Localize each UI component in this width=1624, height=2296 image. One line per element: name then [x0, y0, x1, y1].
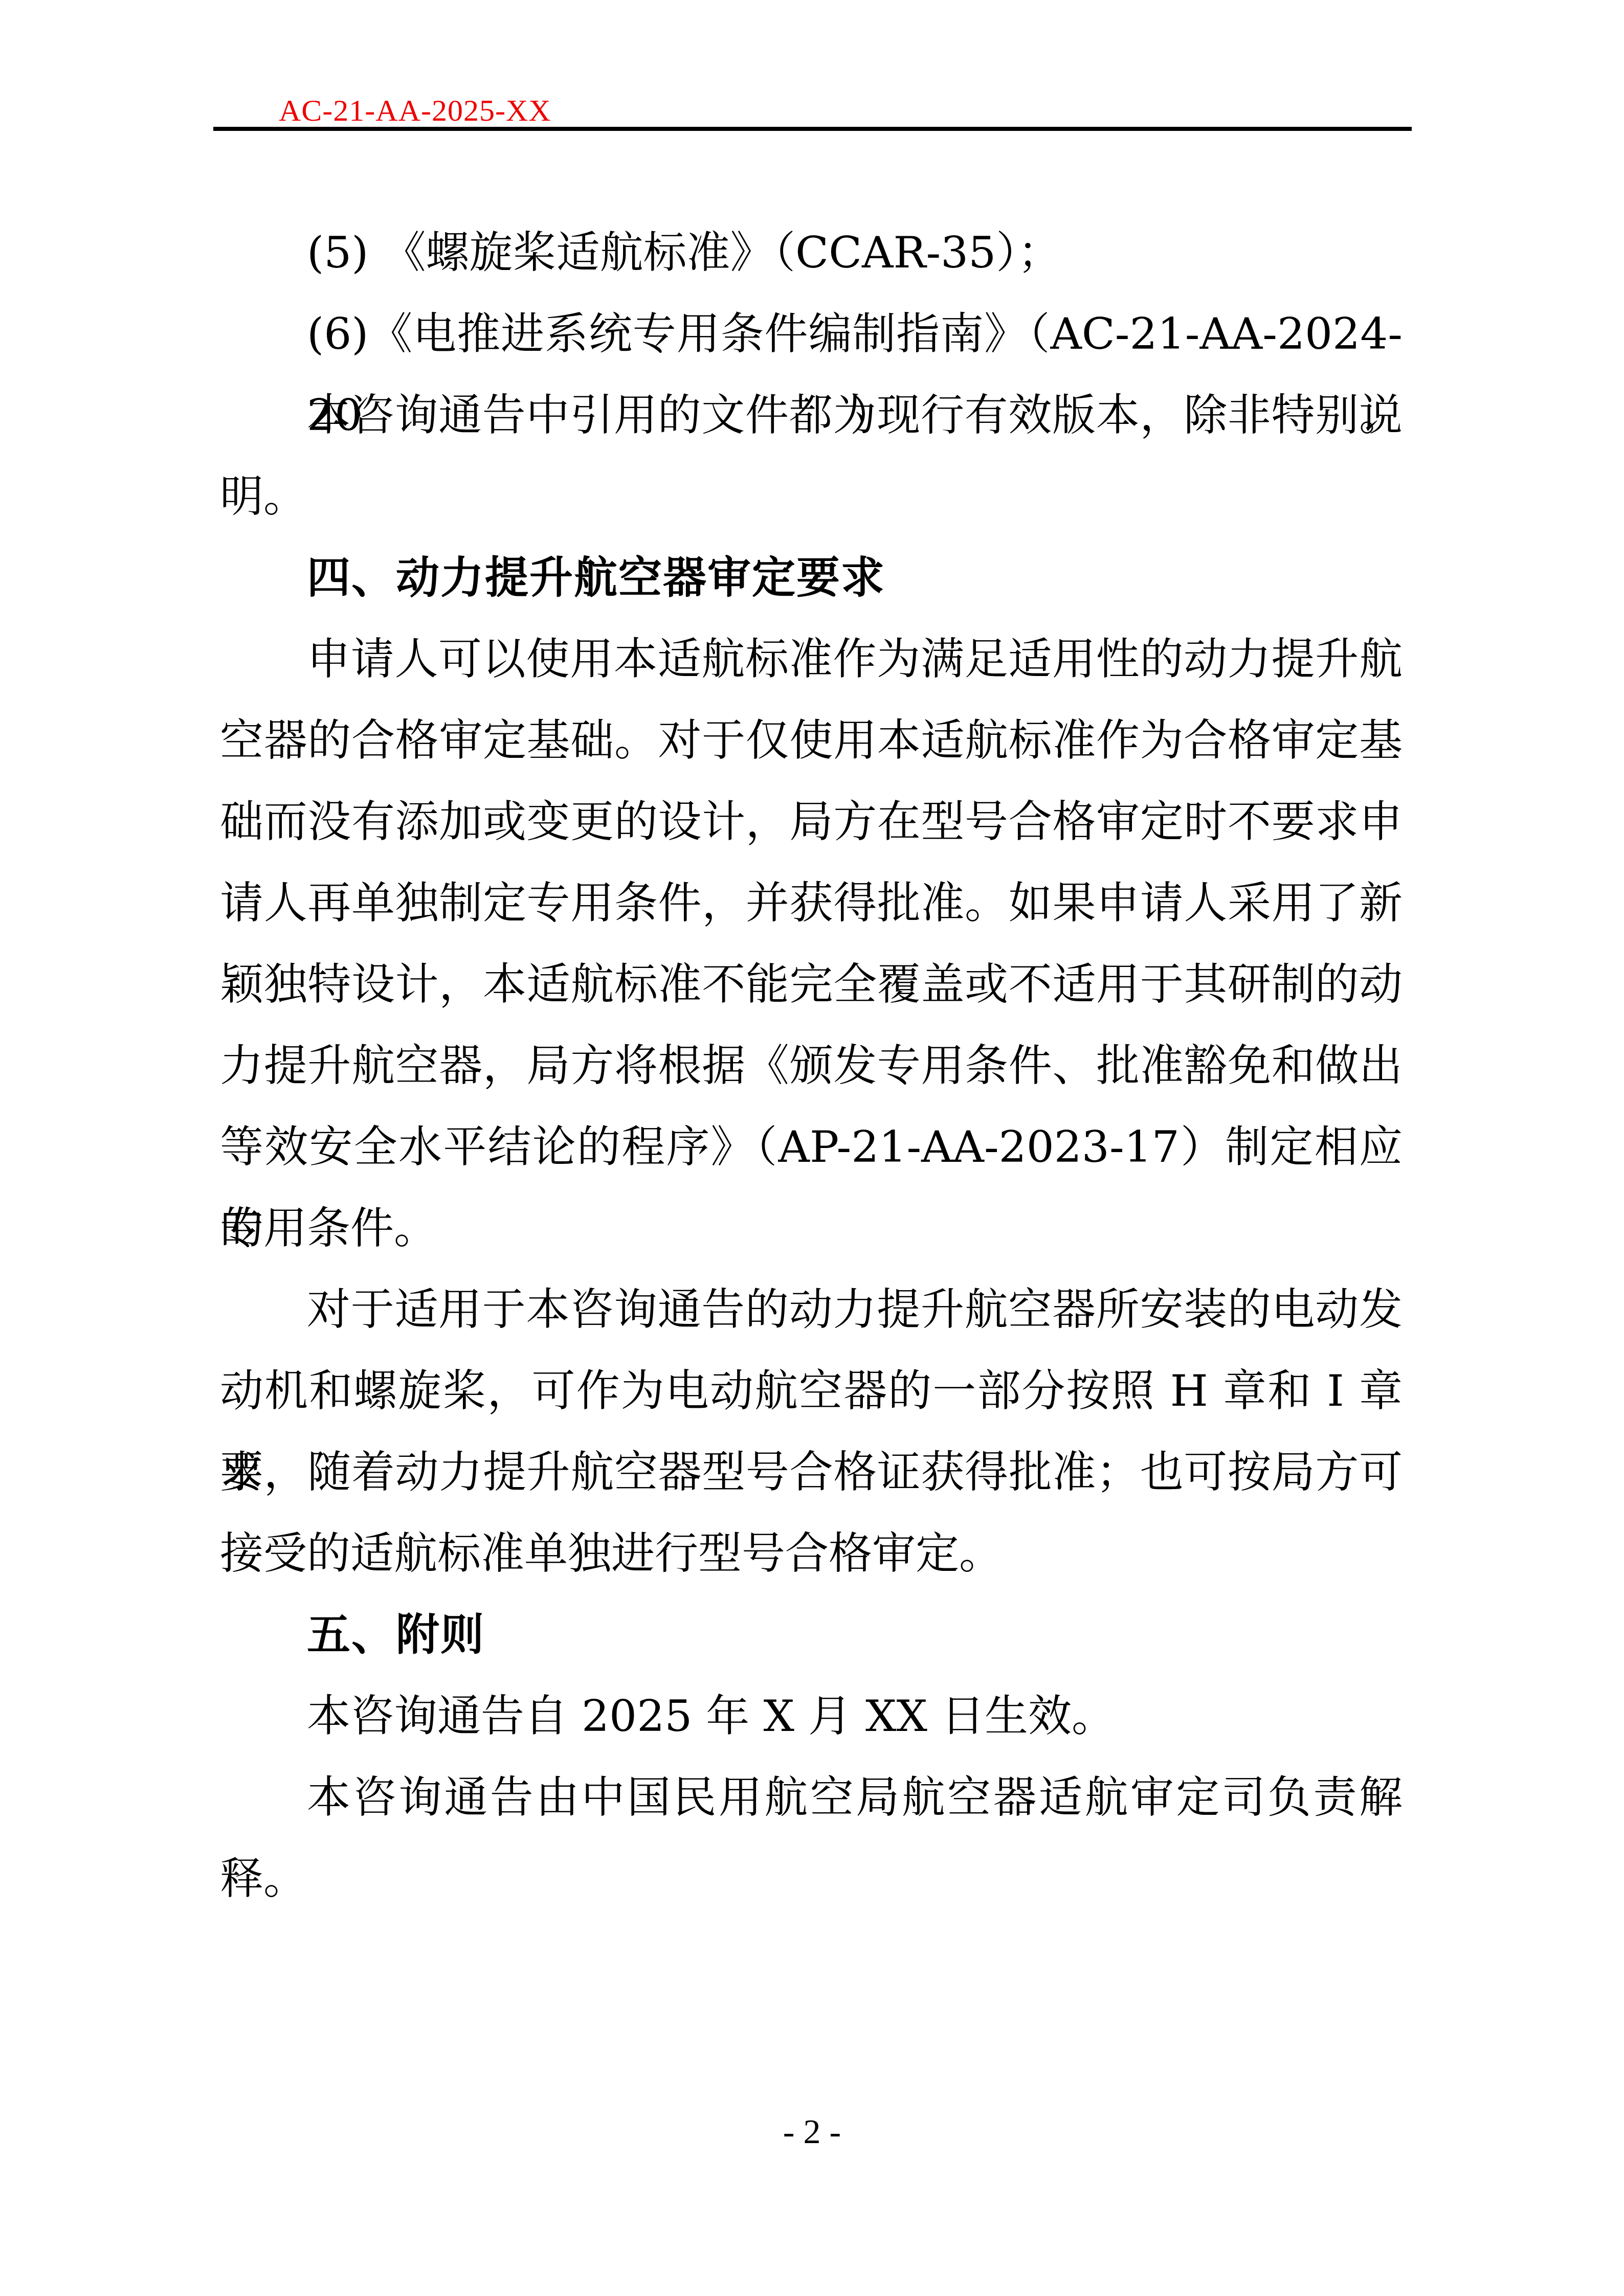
section-heading-5: 五、附则 — [220, 1594, 1403, 1676]
doc-number: AC-21-AA-2025-XX — [279, 95, 551, 126]
text-line: 求，随着动力提升航空器型号合格证获得批准；也可按局方可 — [220, 1432, 1403, 1513]
text-line: 对于适用于本咨询通告的动力提升航空器所安装的电动发 — [220, 1269, 1403, 1350]
document-body: (5) 《螺旋桨适航标准》（CCAR-35）； (6)《电推进系统专用条件编制指… — [220, 212, 1403, 1920]
text-line: 力提升航空器，局方将根据《颁发专用条件、批准豁免和做出 — [220, 1025, 1403, 1107]
text-line-effective-date: 本咨询通告自 2025 年 X 月 XX 日生效。 — [220, 1676, 1403, 1757]
text-line: 本咨询通告中引用的文件都为现行有效版本，除非特别说 — [220, 375, 1403, 456]
text-line: 专用条件。 — [220, 1188, 1403, 1269]
header-divider-rule — [213, 127, 1412, 131]
text-line: 请人再单独制定专用条件，并获得批准。如果申请人采用了新 — [220, 863, 1403, 944]
text-line: 释。 — [220, 1838, 1403, 1920]
page-number: - 2 - — [0, 2113, 1624, 2150]
text-line: 础而没有添加或变更的设计，局方在型号合格审定时不要求申 — [220, 781, 1403, 863]
text-line: 空器的合格审定基础。对于仅使用本适航标准作为合格审定基 — [220, 700, 1403, 781]
document-page: AC-21-AA-2025-XX (5) 《螺旋桨适航标准》（CCAR-35）；… — [0, 0, 1624, 2296]
text-line-reference-6: (6)《电推进系统专用条件编制指南》（AC-21-AA-2024-20）。 — [220, 294, 1403, 375]
text-line: 本咨询通告由中国民用航空局航空器适航审定司负责解 — [220, 1757, 1403, 1838]
text-line: 颖独特设计，本适航标准不能完全覆盖或不适用于其研制的动 — [220, 944, 1403, 1025]
section-heading-4: 四、动力提升航空器审定要求 — [220, 537, 1403, 619]
text-line: 明。 — [220, 456, 1403, 537]
text-line: 动机和螺旋桨，可作为电动航空器的一部分按照 H 章和 I 章要 — [220, 1350, 1403, 1432]
text-line: 接受的适航标准单独进行型号合格审定。 — [220, 1513, 1403, 1594]
text-line: 等效安全水平结论的程序》（AP-21-AA-2023-17）制定相应的 — [220, 1107, 1403, 1188]
text-line-reference-5: (5) 《螺旋桨适航标准》（CCAR-35）； — [220, 212, 1403, 294]
text-line: 申请人可以使用本适航标准作为满足适用性的动力提升航 — [220, 619, 1403, 700]
